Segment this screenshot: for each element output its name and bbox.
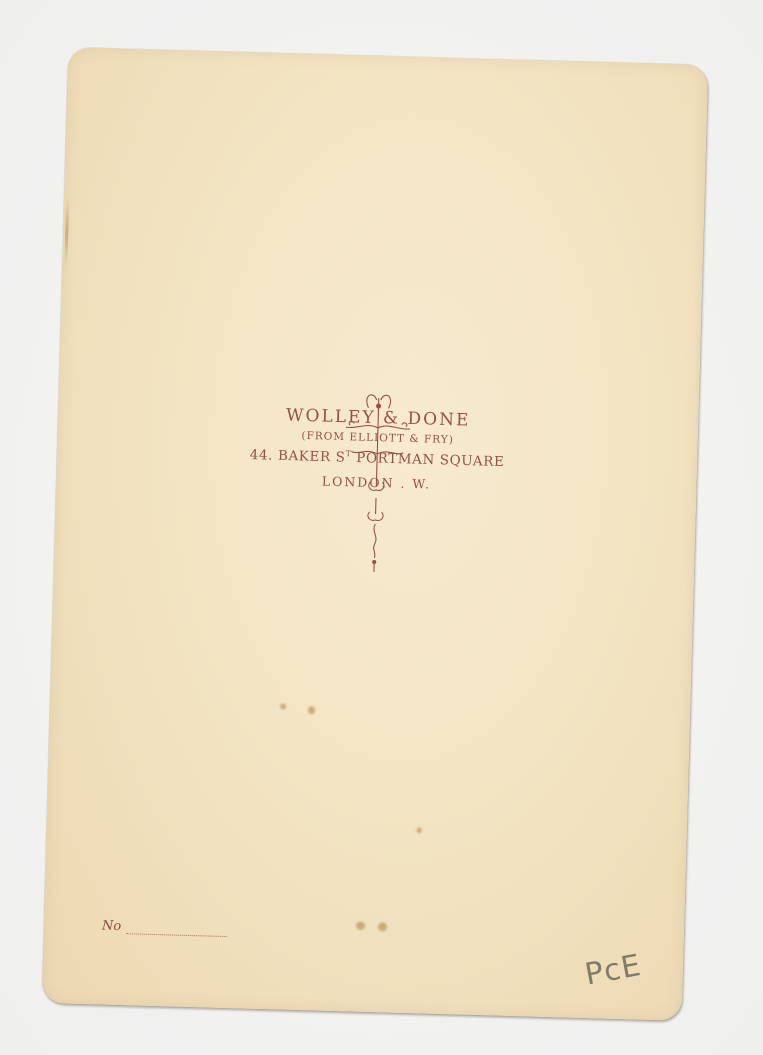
address-prefix: 44. BAKER S [250, 447, 346, 466]
number-label: No [102, 919, 122, 935]
number-blank-line [127, 929, 227, 937]
foxing-spot [356, 922, 365, 930]
address-suffix: PORTMAN SQUARE [351, 450, 504, 470]
foxing-spot [308, 706, 315, 714]
pencil-annotation: PcE [582, 948, 644, 993]
foxing-spot [417, 827, 422, 833]
scan-background: WOLLEY & DONE (FROM ELLIOTT & FRY) 44. B… [0, 0, 763, 1055]
cabinet-card-back: WOLLEY & DONE (FROM ELLIOTT & FRY) 44. B… [42, 47, 708, 1020]
number-field: No [102, 919, 228, 937]
foxing-spot [378, 922, 387, 931]
edge-stain [64, 197, 69, 267]
foxing-spot [280, 703, 286, 709]
photographer-imprint: WOLLEY & DONE (FROM ELLIOTT & FRY) 44. B… [56, 377, 699, 498]
